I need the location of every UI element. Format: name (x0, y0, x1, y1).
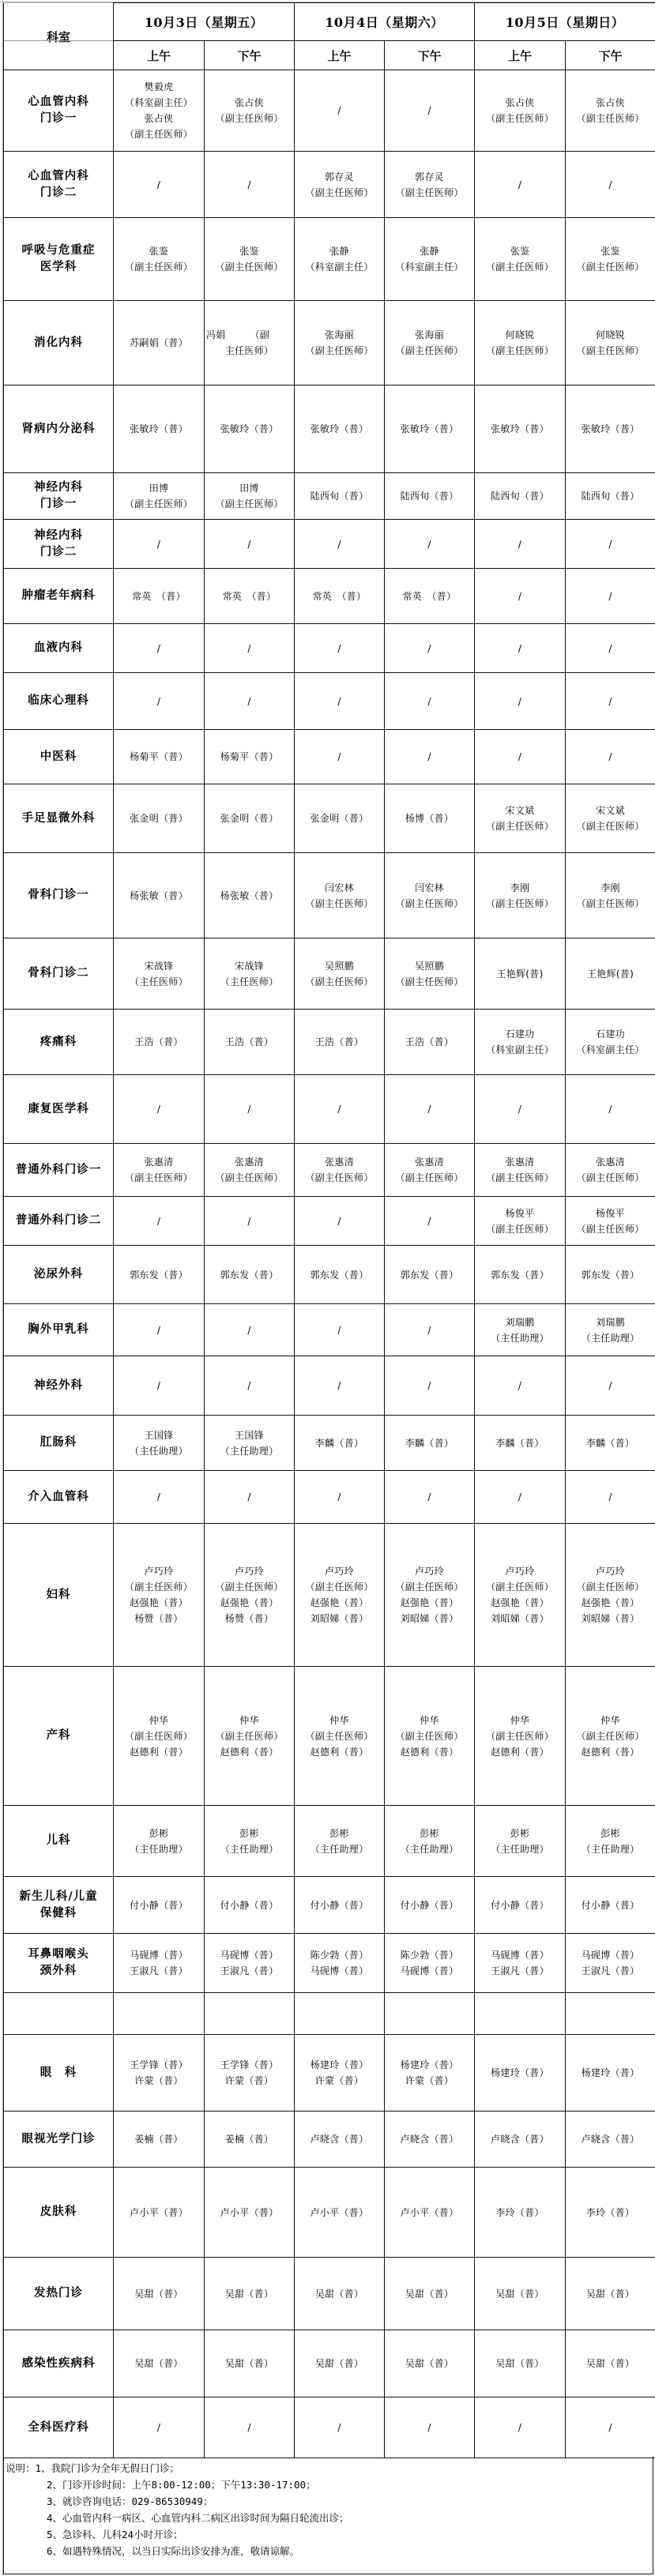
doctor-slot: 彭彬（主任助理） (295, 1806, 385, 1877)
doctor-slot: 宋文斌（副主任医师） (566, 784, 655, 853)
doctor-slot: 冯娟 （副主任医师） (205, 301, 295, 385)
doctor-slot: 张敏玲（普） (385, 385, 475, 473)
doctor-slot-line: （副主任医师） (476, 259, 563, 275)
department-name: 心血管内科门诊一 (4, 70, 114, 152)
doctor-slot: / (385, 1471, 475, 1524)
doctor-slot-line: （副主任医师） (115, 126, 202, 142)
doctor-slot-line: （副主任医师） (567, 1170, 653, 1186)
doctor-slot: / (566, 624, 655, 673)
doctor-slot-line: / (567, 749, 653, 765)
schedule-row (4, 1993, 655, 2035)
department-name-line: 消化内科 (6, 335, 111, 352)
doctor-slot: 王国锋（主任助理） (114, 1416, 205, 1471)
doctor-slot-line: / (115, 177, 202, 193)
doctor-slot-line: 张惠清 (206, 1154, 292, 1170)
doctor-slot-line: （副主任医师） (115, 259, 202, 275)
doctor-slot-line: 王浩（普） (115, 1034, 202, 1050)
doctor-slot-line: / (206, 694, 292, 709)
doctor-slot: 卢晓含（普） (566, 2112, 655, 2168)
doctor-slot: 马砚博（普）王淑凡（普） (475, 1934, 566, 1993)
doctor-slot: 常英 （普） (114, 569, 205, 624)
doctor-slot: / (205, 520, 295, 569)
department-name: 胸外甲乳科 (4, 1304, 114, 1356)
doctor-slot: 仲华（副主任医师）赵德利（普） (566, 1667, 655, 1806)
doctor-slot-line: 郭存灵 (386, 169, 472, 185)
doctor-slot-line: 王艳辉(普) (567, 966, 653, 982)
doctor-slot-line: （主任医师） (115, 974, 202, 990)
doctor-slot: 卢晓含（普） (475, 2112, 566, 2168)
doctor-slot: 李麟（普） (295, 1416, 385, 1471)
doctor-slot-line: 李麟（普） (296, 1435, 382, 1451)
doctor-slot: 仲华（副主任医师）赵德利（普） (385, 1667, 475, 1806)
department-name: 新生儿科/儿童保健科 (4, 1877, 114, 1934)
doctor-slot-line: / (476, 1378, 563, 1393)
doctor-slot-line: 石建功 (567, 1026, 653, 1042)
doctor-slot: / (205, 1356, 295, 1416)
doctor-slot-line: （副主任医师） (386, 343, 472, 359)
doctor-slot-line: 李麟（普） (386, 1435, 472, 1451)
doctor-slot-line: 赵强艳（普） (296, 1595, 382, 1611)
doctor-slot: 李刚（副主任医师） (475, 853, 566, 938)
doctor-slot-line: 刘昭娣（普） (296, 1611, 382, 1626)
department-name: 手足显微外科 (4, 784, 114, 853)
half-header-pm: 下午 (385, 41, 475, 70)
half-header-am: 上午 (114, 41, 205, 70)
doctor-slot: / (205, 1304, 295, 1356)
doctor-slot: / (295, 2397, 385, 2458)
doctor-slot-line: 赵德利（普） (115, 1744, 202, 1760)
schedule-row: 眼 科王学锋（普）许蒙（普）王学锋（普）许蒙（普）杨建玲（普）许蒙（普）杨建玲（… (4, 2035, 655, 2112)
doctor-slot-line: （副主任医师） (567, 818, 653, 834)
doctor-slot-line: 许蒙（普） (296, 2073, 382, 2089)
department-name: 骨科门诊一 (4, 853, 114, 938)
doctor-slot-line: 吴甜（普） (115, 2286, 202, 2302)
doctor-slot: 张占侠（副主任医师） (205, 70, 295, 152)
department-name-line: 保健科 (6, 1905, 111, 1922)
doctor-slot: / (475, 520, 566, 569)
doctor-slot: 吴甜（普） (475, 2330, 566, 2397)
doctor-slot: 刘瑞鹏（主任助理） (475, 1304, 566, 1356)
doctor-slot: / (475, 1471, 566, 1524)
schedule-row: 中医科杨菊平（普）杨菊平（普）//// (4, 730, 655, 784)
doctor-slot-line: 张静 (296, 243, 382, 259)
department-name: 感染性疾病科 (4, 2330, 114, 2397)
doctor-slot: 卢巧玲（副主任医师）赵强艳（普）刘昭娣（普） (475, 1524, 566, 1667)
doctor-slot-line: 何晓锐 (476, 327, 563, 343)
doctor-slot (385, 1993, 475, 2035)
doctor-slot: 郭东发（普） (205, 1246, 295, 1304)
doctor-slot: 卢晓含（普） (295, 2112, 385, 2168)
doctor-slot-line: 刘昭娣（普） (386, 1611, 472, 1626)
doctor-slot-line: / (115, 1378, 202, 1393)
doctor-slot: 陆西旬（普） (385, 473, 475, 520)
doctor-slot: 苏嗣娟（普） (114, 301, 205, 385)
doctor-slot-line: （副主任医师） (296, 1170, 382, 1186)
doctor-slot-line: 郭东发（普） (386, 1267, 472, 1283)
doctor-slot-line: 杨菊平（普） (206, 749, 292, 765)
doctor-slot-line: / (476, 1101, 563, 1117)
doctor-slot-line: 吴甜（普） (476, 2286, 563, 2302)
doctor-slot: / (205, 152, 295, 218)
doctor-slot: / (566, 152, 655, 218)
department-name-line: 心血管内科 (6, 94, 111, 111)
department-name: 肛肠科 (4, 1416, 114, 1471)
doctor-slot: / (385, 1075, 475, 1144)
doctor-slot: 付小静（普） (295, 1877, 385, 1934)
doctor-slot-line: 郭东发（普） (567, 1267, 653, 1283)
department-name: 肿瘤老年病科 (4, 569, 114, 624)
doctor-slot-line: 王淑凡（普） (567, 1963, 653, 1979)
schedule-row: 康复医学科////// (4, 1075, 655, 1144)
doctor-slot-line: 赵强艳（普） (115, 1595, 202, 1611)
doctor-slot-line: 张敏玲（普） (386, 421, 472, 437)
doctor-slot: / (566, 1356, 655, 1416)
doctor-slot-line: （副主任医师） (476, 111, 563, 126)
doctor-slot-line: / (296, 1101, 382, 1117)
doctor-slot: / (205, 624, 295, 673)
department-name-line: 肛肠科 (6, 1435, 111, 1451)
department-name: 儿科 (4, 1806, 114, 1877)
doctor-slot-line: 郭东发（普） (296, 1267, 382, 1283)
doctor-slot-line: （副主任医师） (567, 896, 653, 912)
department-name (4, 1993, 114, 2035)
doctor-slot-line: （副主任医师） (476, 1221, 563, 1237)
department-name-line: 产科 (6, 1728, 111, 1744)
doctor-slot: 彭彬（主任助理） (385, 1806, 475, 1877)
doctor-slot: / (475, 1356, 566, 1416)
doctor-slot: 石建功（科室副主任） (566, 1010, 655, 1075)
doctor-slot-line: （主任助理） (567, 1330, 653, 1346)
doctor-slot-line: 宋文斌 (476, 803, 563, 818)
department-name-line: 神经内科 (6, 528, 111, 544)
schedule-row: 呼吸与危重症医学科张鉴（副主任医师）张鉴（副主任医师）张静（科室副主任）张静（科… (4, 218, 655, 301)
doctor-slot: 吴照鹏（副主任医师） (295, 938, 385, 1010)
doctor-slot: 卢巧玲（副主任医师）赵强艳（普）杨赞（普） (114, 1524, 205, 1667)
doctor-slot: 郭东发（普） (114, 1246, 205, 1304)
doctor-slot-line: / (476, 694, 563, 709)
schedule-row: 心血管内科门诊一樊毅虎（科室副主任）张占侠（副主任医师）张占侠（副主任医师）//… (4, 70, 655, 152)
doctor-slot: 杨建玲（普） (566, 2035, 655, 2112)
doctor-slot-line: 王艳辉(普) (476, 966, 563, 982)
doctor-slot-line: 陆西旬（普） (476, 488, 563, 504)
notes-label: 说明： (6, 2462, 36, 2474)
doctor-slot-line: （主任助理） (115, 1841, 202, 1857)
department-name-line: 感染性疾病科 (6, 2356, 111, 2372)
schedule-row: 产科仲华（副主任医师）赵德利（普）仲华（副主任医师）赵德利（普）仲华（副主任医师… (4, 1667, 655, 1806)
doctor-slot: 陆西旬（普） (295, 473, 385, 520)
department-name: 产科 (4, 1667, 114, 1806)
doctor-slot-line: / (115, 536, 202, 552)
doctor-slot-line: 付小静（普） (386, 1897, 472, 1913)
doctor-slot-line: / (567, 589, 653, 604)
schedule-row: 神经内科门诊二////// (4, 520, 655, 569)
doctor-slot-line: / (296, 536, 382, 552)
doctor-slot-line: / (115, 1101, 202, 1117)
doctor-slot-line: / (115, 1489, 202, 1505)
doctor-slot: 张鉴（副主任医师） (114, 218, 205, 301)
doctor-slot-line: 王淑凡（普） (206, 1963, 292, 1979)
doctor-slot-line: （副主任医师） (386, 1579, 472, 1595)
doctor-slot-line: （主任助理） (567, 1841, 653, 1857)
doctor-slot-line: 赵德利（普） (476, 1744, 563, 1760)
doctor-slot-line: 吴甜（普） (296, 2286, 382, 2302)
note-line: 3、就诊咨询电话：029-86530949； (6, 2493, 653, 2510)
doctor-slot-line: 卢晓含（普） (567, 2131, 653, 2147)
doctor-slot-line: / (296, 641, 382, 656)
department-name-line: 介入血管科 (6, 1489, 111, 1506)
doctor-slot: 杨俊平（副主任医师） (475, 1197, 566, 1246)
doctor-slot-line: 王淑凡（普） (115, 1963, 202, 1979)
doctor-slot-line: / (206, 2420, 292, 2435)
doctor-slot-line: （主任助理） (115, 1443, 202, 1459)
doctor-slot-line: 彭彬 (386, 1826, 472, 1841)
doctor-slot: 卢小平（普） (295, 2168, 385, 2258)
doctor-slot-line: （主任助理） (206, 1443, 292, 1459)
doctor-slot-line: 陆西旬（普） (296, 488, 382, 504)
doctor-slot: / (385, 520, 475, 569)
doctor-slot: 郭东发（普） (385, 1246, 475, 1304)
doctor-slot: 吴甜（普） (205, 2330, 295, 2397)
doctor-slot-line: 赵德利（普） (386, 1744, 472, 1760)
doctor-slot: 卢小平（普） (205, 2168, 295, 2258)
doctor-slot-line: / (296, 749, 382, 765)
doctor-slot-line: （副主任医师） (567, 259, 653, 275)
doctor-slot: 张敏玲（普） (205, 385, 295, 473)
department-name: 普通外科门诊一 (4, 1144, 114, 1197)
doctor-slot: 王学锋（普）许蒙（普） (114, 2035, 205, 2112)
doctor-slot-line: 赵强艳（普） (206, 1595, 292, 1611)
doctor-slot-line: 张占侠 (115, 111, 202, 126)
doctor-slot-line: / (476, 2420, 563, 2435)
doctor-slot-line: / (296, 1322, 382, 1338)
doctor-slot-line: 张鉴 (567, 243, 653, 259)
schedule-row: 神经内科门诊一田博（副主任医师）田博（副主任医师）陆西旬（普）陆西旬（普）陆西旬… (4, 473, 655, 520)
doctor-slot-line: 吴甜（普） (386, 2356, 472, 2371)
department-name-line: 眼视光学门诊 (6, 2131, 111, 2148)
doctor-slot-line: 李刚 (567, 880, 653, 896)
doctor-slot-line: / (296, 103, 382, 118)
department-name-line: 临床心理科 (6, 693, 111, 709)
doctor-slot: 付小静（普） (385, 1877, 475, 1934)
doctor-slot-line: 冯娟 （副 (206, 327, 292, 343)
doctor-slot-line: 付小静（普） (567, 1897, 653, 1913)
dept-column-header: 科室 (4, 3, 114, 70)
doctor-slot-line: 姜楠（普） (206, 2131, 292, 2147)
doctor-slot: / (114, 673, 205, 730)
doctor-slot: / (205, 1197, 295, 1246)
doctor-slot-line: （副主任医师） (296, 974, 382, 990)
doctor-slot-line: 王国锋 (206, 1427, 292, 1443)
department-name: 骨科门诊二 (4, 938, 114, 1010)
doctor-slot: / (566, 2397, 655, 2458)
doctor-slot: 李玲（普） (566, 2168, 655, 2258)
doctor-slot-line: 张占侠 (476, 95, 563, 111)
department-name-line: 新生儿科/儿童 (6, 1889, 111, 1905)
doctor-slot-line: （副主任医师） (386, 974, 472, 990)
doctor-slot-line: / (115, 2420, 202, 2435)
doctor-slot: / (295, 1075, 385, 1144)
schedule-row: 发热门诊吴甜（普）吴甜（普）吴甜（普）吴甜（普）吴甜（普）吴甜（普） (4, 2258, 655, 2330)
doctor-slot-line: 卢巧玲 (386, 1563, 472, 1579)
doctor-slot-line: 宋战锋 (115, 958, 202, 974)
doctor-slot-line: （主任助理） (296, 1841, 382, 1857)
department-name-line: 医学科 (6, 259, 111, 276)
doctor-slot-line: （科室副主任） (386, 259, 472, 275)
doctor-slot-line: 付小静（普） (476, 1897, 563, 1913)
doctor-slot: 闫宏林（副主任医师） (385, 853, 475, 938)
department-name: 介入血管科 (4, 1471, 114, 1524)
doctor-slot: 张惠清（副主任医师） (114, 1144, 205, 1197)
doctor-slot-line: 李玲（普） (567, 2205, 653, 2221)
doctor-slot-line: / (386, 1489, 472, 1505)
doctor-slot-line: 马砚博（普） (115, 1947, 202, 1963)
half-header-pm: 下午 (205, 41, 295, 70)
doctor-slot: / (114, 1075, 205, 1144)
doctor-slot: / (385, 1197, 475, 1246)
doctor-slot: 刘瑞鹏（主任助理） (566, 1304, 655, 1356)
schedule-row: 胸外甲乳科////刘瑞鹏（主任助理）刘瑞鹏（主任助理） (4, 1304, 655, 1356)
doctor-slot-line: 卢小平（普） (115, 2205, 202, 2221)
doctor-slot-line: 彭彬 (206, 1826, 292, 1841)
department-name-line: 泌尿外科 (6, 1266, 111, 1283)
doctor-slot-line: 仲华 (296, 1713, 382, 1728)
doctor-slot-line: 付小静（普） (296, 1897, 382, 1913)
department-name: 中医科 (4, 730, 114, 784)
doctor-slot-line: 张金明（普） (296, 810, 382, 826)
schedule-row: 消化内科苏嗣娟（普）冯娟 （副主任医师）张海丽（副主任医师）张海丽（副主任医师）… (4, 301, 655, 385)
doctor-slot: 吴甜（普） (566, 2258, 655, 2330)
doctor-slot-line: 许蒙（普） (115, 2073, 202, 2089)
doctor-slot-line: 杨张敏（普） (115, 888, 202, 904)
doctor-slot-line: （副主任医师） (206, 1728, 292, 1744)
doctor-slot-line: 王浩（普） (206, 1034, 292, 1050)
note-line: 6、如遇特殊情况，以当日实际出诊安排为准，敬请谅解。 (6, 2543, 653, 2559)
doctor-slot: 仲华（副主任医师）赵德利（普） (295, 1667, 385, 1806)
doctor-slot: / (114, 2397, 205, 2458)
doctor-slot: 李刚（副主任医师） (566, 853, 655, 938)
doctor-slot: 卢巧玲（副主任医师）赵强艳（普）刘昭娣（普） (566, 1524, 655, 1667)
doctor-slot: 张金明（普） (295, 784, 385, 853)
department-name-line: 发热门诊 (6, 2285, 111, 2302)
doctor-slot-line: 卢晓含（普） (476, 2131, 563, 2147)
doctor-slot (205, 1993, 295, 2035)
doctor-slot: 仲华（副主任医师）赵德利（普） (114, 1667, 205, 1806)
doctor-slot-line: 刘昭娣（普） (476, 1611, 563, 1626)
doctor-slot: / (566, 1471, 655, 1524)
doctor-slot-line: 赵强艳（普） (567, 1595, 653, 1611)
doctor-slot: 马砚博（普）王淑凡（普） (205, 1934, 295, 1993)
doctor-slot-line: 赵德利（普） (296, 1744, 382, 1760)
doctor-slot-line: 吴甜（普） (115, 2356, 202, 2371)
doctor-slot-line: 张惠清 (386, 1154, 472, 1170)
doctor-slot-line: 张金明（普） (206, 810, 292, 826)
doctor-slot-line: 马砚博（普） (567, 1947, 653, 1963)
doctor-slot-line: （副主任医师） (386, 1728, 472, 1744)
doctor-slot-line: 吴甜（普） (206, 2286, 292, 2302)
doctor-slot-line: / (296, 1213, 382, 1229)
doctor-slot-line: 马砚博（普） (296, 1963, 382, 1979)
doctor-slot-line: 卢巧玲 (206, 1563, 292, 1579)
doctor-slot-line: 张惠清 (476, 1154, 563, 1170)
doctor-slot-line: 卢小平（普） (296, 2205, 382, 2221)
doctor-slot-line: （副主任医师） (115, 1579, 202, 1595)
doctor-slot: / (205, 673, 295, 730)
schedule-row: 神经外科////// (4, 1356, 655, 1416)
outpatient-schedule-table: 科室 10月3日（星期五） 10月4日（星期六） 10月5日（星期日） 上午 下… (3, 2, 655, 2458)
doctor-slot: 张海丽（副主任医师） (385, 301, 475, 385)
doctor-slot: / (295, 730, 385, 784)
doctor-slot-line: / (476, 749, 563, 765)
doctor-slot-line: 姜楠（普） (115, 2131, 202, 2147)
doctor-slot: 吴甜（普） (385, 2258, 475, 2330)
doctor-slot: / (475, 730, 566, 784)
doctor-slot-line: 吴甜（普） (296, 2356, 382, 2371)
schedule-row: 普通外科门诊一张惠清（副主任医师）张惠清（副主任医师）张惠清（副主任医师）张惠清… (4, 1144, 655, 1197)
doctor-slot: 付小静（普） (205, 1877, 295, 1934)
doctor-slot: / (295, 673, 385, 730)
grid-line-through-header (4, 40, 113, 41)
doctor-slot-line: 彭彬 (115, 1826, 202, 1841)
doctor-slot-line: / (386, 2420, 472, 2435)
doctor-slot-line: 杨建玲（普） (296, 2057, 382, 2073)
doctor-slot: 姜楠（普） (205, 2112, 295, 2168)
doctor-slot-line: 陆西旬（普） (567, 488, 653, 504)
doctor-slot: 杨张敏（普） (205, 853, 295, 938)
doctor-slot-line: 仲华 (206, 1713, 292, 1728)
doctor-slot-line: 王浩（普） (296, 1034, 382, 1050)
doctor-slot-line: （科室副主任） (115, 95, 202, 111)
doctor-slot-line: / (206, 1489, 292, 1505)
doctor-slot-line: （副主任医师） (476, 1170, 563, 1186)
doctor-slot: 彭彬（主任助理） (205, 1806, 295, 1877)
department-name-line: 肿瘤老年病科 (6, 588, 111, 604)
doctor-slot: 马砚博（普）王淑凡（普） (566, 1934, 655, 1993)
doctor-slot: / (295, 520, 385, 569)
doctor-slot: 杨建玲（普）许蒙（普） (385, 2035, 475, 2112)
doctor-slot-line: / (115, 1322, 202, 1338)
department-name: 神经内科门诊一 (4, 473, 114, 520)
doctor-slot-line: 杨建玲（普） (386, 2057, 472, 2073)
doctor-slot-line: 仲华 (386, 1713, 472, 1728)
doctor-slot: / (475, 569, 566, 624)
doctor-slot-line: （副主任医师） (476, 818, 563, 834)
doctor-slot-line: 田博 (206, 480, 292, 496)
doctor-slot: 王学锋（普）许蒙（普） (205, 2035, 295, 2112)
doctor-slot: 张惠清（副主任医师） (475, 1144, 566, 1197)
doctor-slot: 付小静（普） (566, 1877, 655, 1934)
doctor-slot: / (295, 70, 385, 152)
doctor-slot-line: 李玲（普） (476, 2205, 563, 2221)
doctor-slot-line: 苏嗣娟（普） (115, 335, 202, 351)
doctor-slot-line: / (115, 641, 202, 656)
doctor-slot-line: （主任助理） (206, 1841, 292, 1857)
doctor-slot: / (295, 1356, 385, 1416)
doctor-slot: 宋文斌（副主任医师） (475, 784, 566, 853)
department-name: 康复医学科 (4, 1075, 114, 1144)
doctor-slot-line: 樊毅虎 (115, 79, 202, 95)
doctor-slot-line: 常英 （普） (296, 589, 382, 604)
doctor-slot (566, 1993, 655, 2035)
doctor-slot-line: 张金明（普） (115, 810, 202, 826)
doctor-slot: / (114, 1197, 205, 1246)
doctor-slot: / (385, 70, 475, 152)
doctor-slot: 陆西旬（普） (475, 473, 566, 520)
doctor-slot-line: 许蒙（普） (206, 2073, 292, 2089)
doctor-slot-line: 张海丽 (296, 327, 382, 343)
doctor-slot: 杨博（普） (385, 784, 475, 853)
schedule-row: 皮肤科卢小平（普）卢小平（普）卢小平（普）卢小平（普）李玲（普）李玲（普） (4, 2168, 655, 2258)
doctor-slot: 张敏玲（普） (475, 385, 566, 473)
